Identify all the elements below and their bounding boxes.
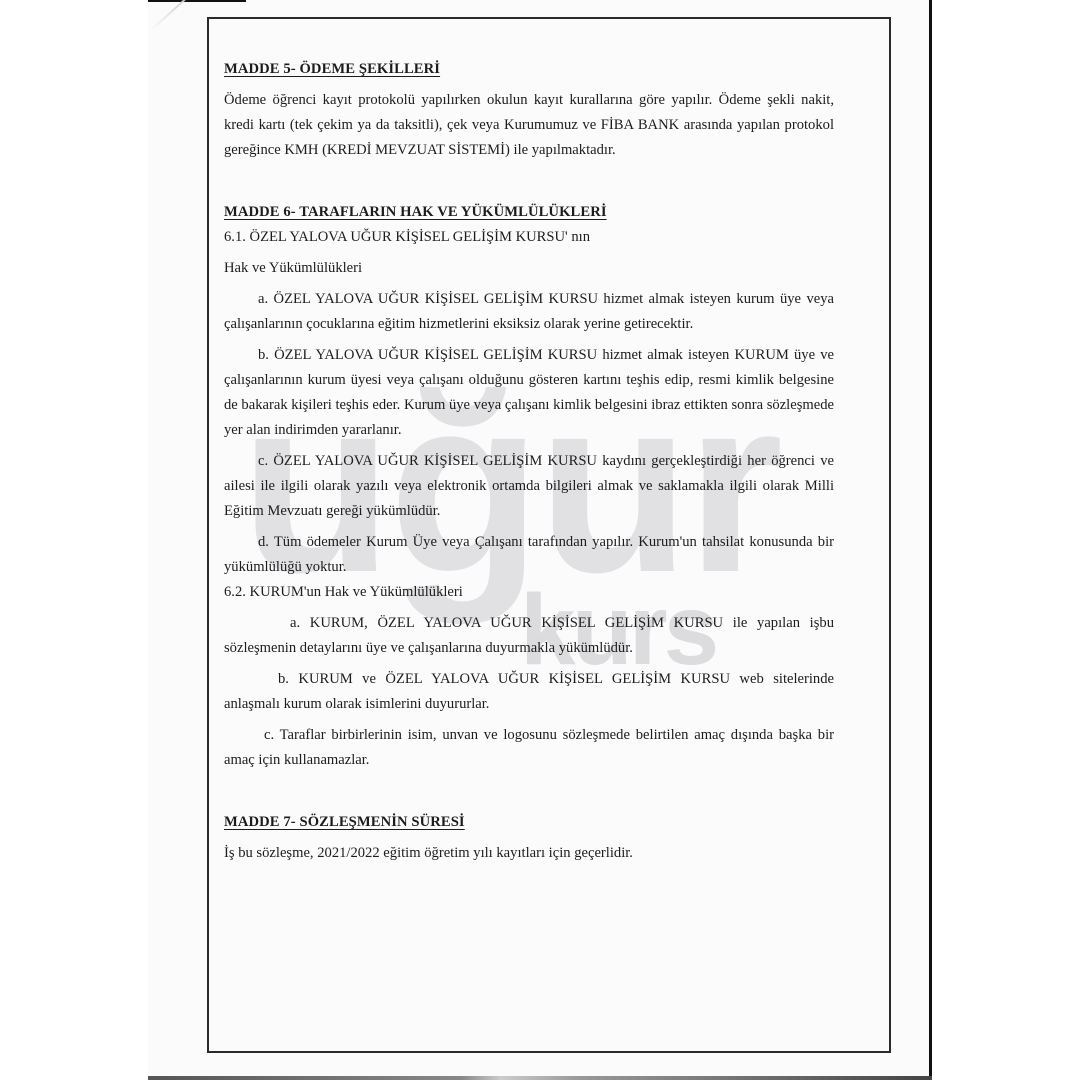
scan-edge-bottom [148,1076,932,1080]
article-5-body: Ödeme öğrenci kayıt protokolü yapılırken… [224,88,834,163]
section-6-1-title: 6.1. ÖZEL YALOVA UĞUR KİŞİSEL GELİŞİM KU… [224,225,834,250]
article-5-heading: MADDE 5- ÖDEME ŞEKİLLERİ [224,57,834,82]
section-6-1-subtitle: Hak ve Yükümlülükleri [224,256,834,281]
article-6-heading: MADDE 6- TARAFLARIN HAK VE YÜKÜMLÜLÜKLER… [224,200,834,225]
clause-6-1-a: a. ÖZEL YALOVA UĞUR KİŞİSEL GELİŞİM KURS… [224,287,834,337]
section-6-2-title: 6.2. KURUM'un Hak ve Yükümlülükleri [224,580,834,605]
clause-6-1-c: c. ÖZEL YALOVA UĞUR KİŞİSEL GELİŞİM KURS… [224,449,834,524]
scan-edge-top [148,0,246,2]
document-body: MADDE 5- ÖDEME ŞEKİLLERİ Ödeme öğrenci k… [224,57,834,866]
article-7: MADDE 7- SÖZLEŞMENİN SÜRESİ İş bu sözleş… [224,810,834,866]
clause-6-1-b: b. ÖZEL YALOVA UĞUR KİŞİSEL GELİŞİM KURS… [224,343,834,443]
article-7-heading: MADDE 7- SÖZLEŞMENİN SÜRESİ [224,810,834,835]
clause-6-2-b: b. KURUM ve ÖZEL YALOVA UĞUR KİŞİSEL GEL… [224,667,834,717]
article-7-body: İş bu sözleşme, 2021/2022 eğitim öğretim… [224,841,834,866]
clause-6-2-a: a. KURUM, ÖZEL YALOVA UĞUR KİŞİSEL GELİŞ… [224,611,834,661]
article-6: MADDE 6- TARAFLARIN HAK VE YÜKÜMLÜLÜKLER… [224,200,834,773]
clause-6-1-d: d. Tüm ödemeler Kurum Üye veya Çalışanı … [224,530,834,580]
clause-6-2-c: c. Taraflar birbirlerinin isim, unvan ve… [224,723,834,773]
article-5: MADDE 5- ÖDEME ŞEKİLLERİ Ödeme öğrenci k… [224,57,834,163]
